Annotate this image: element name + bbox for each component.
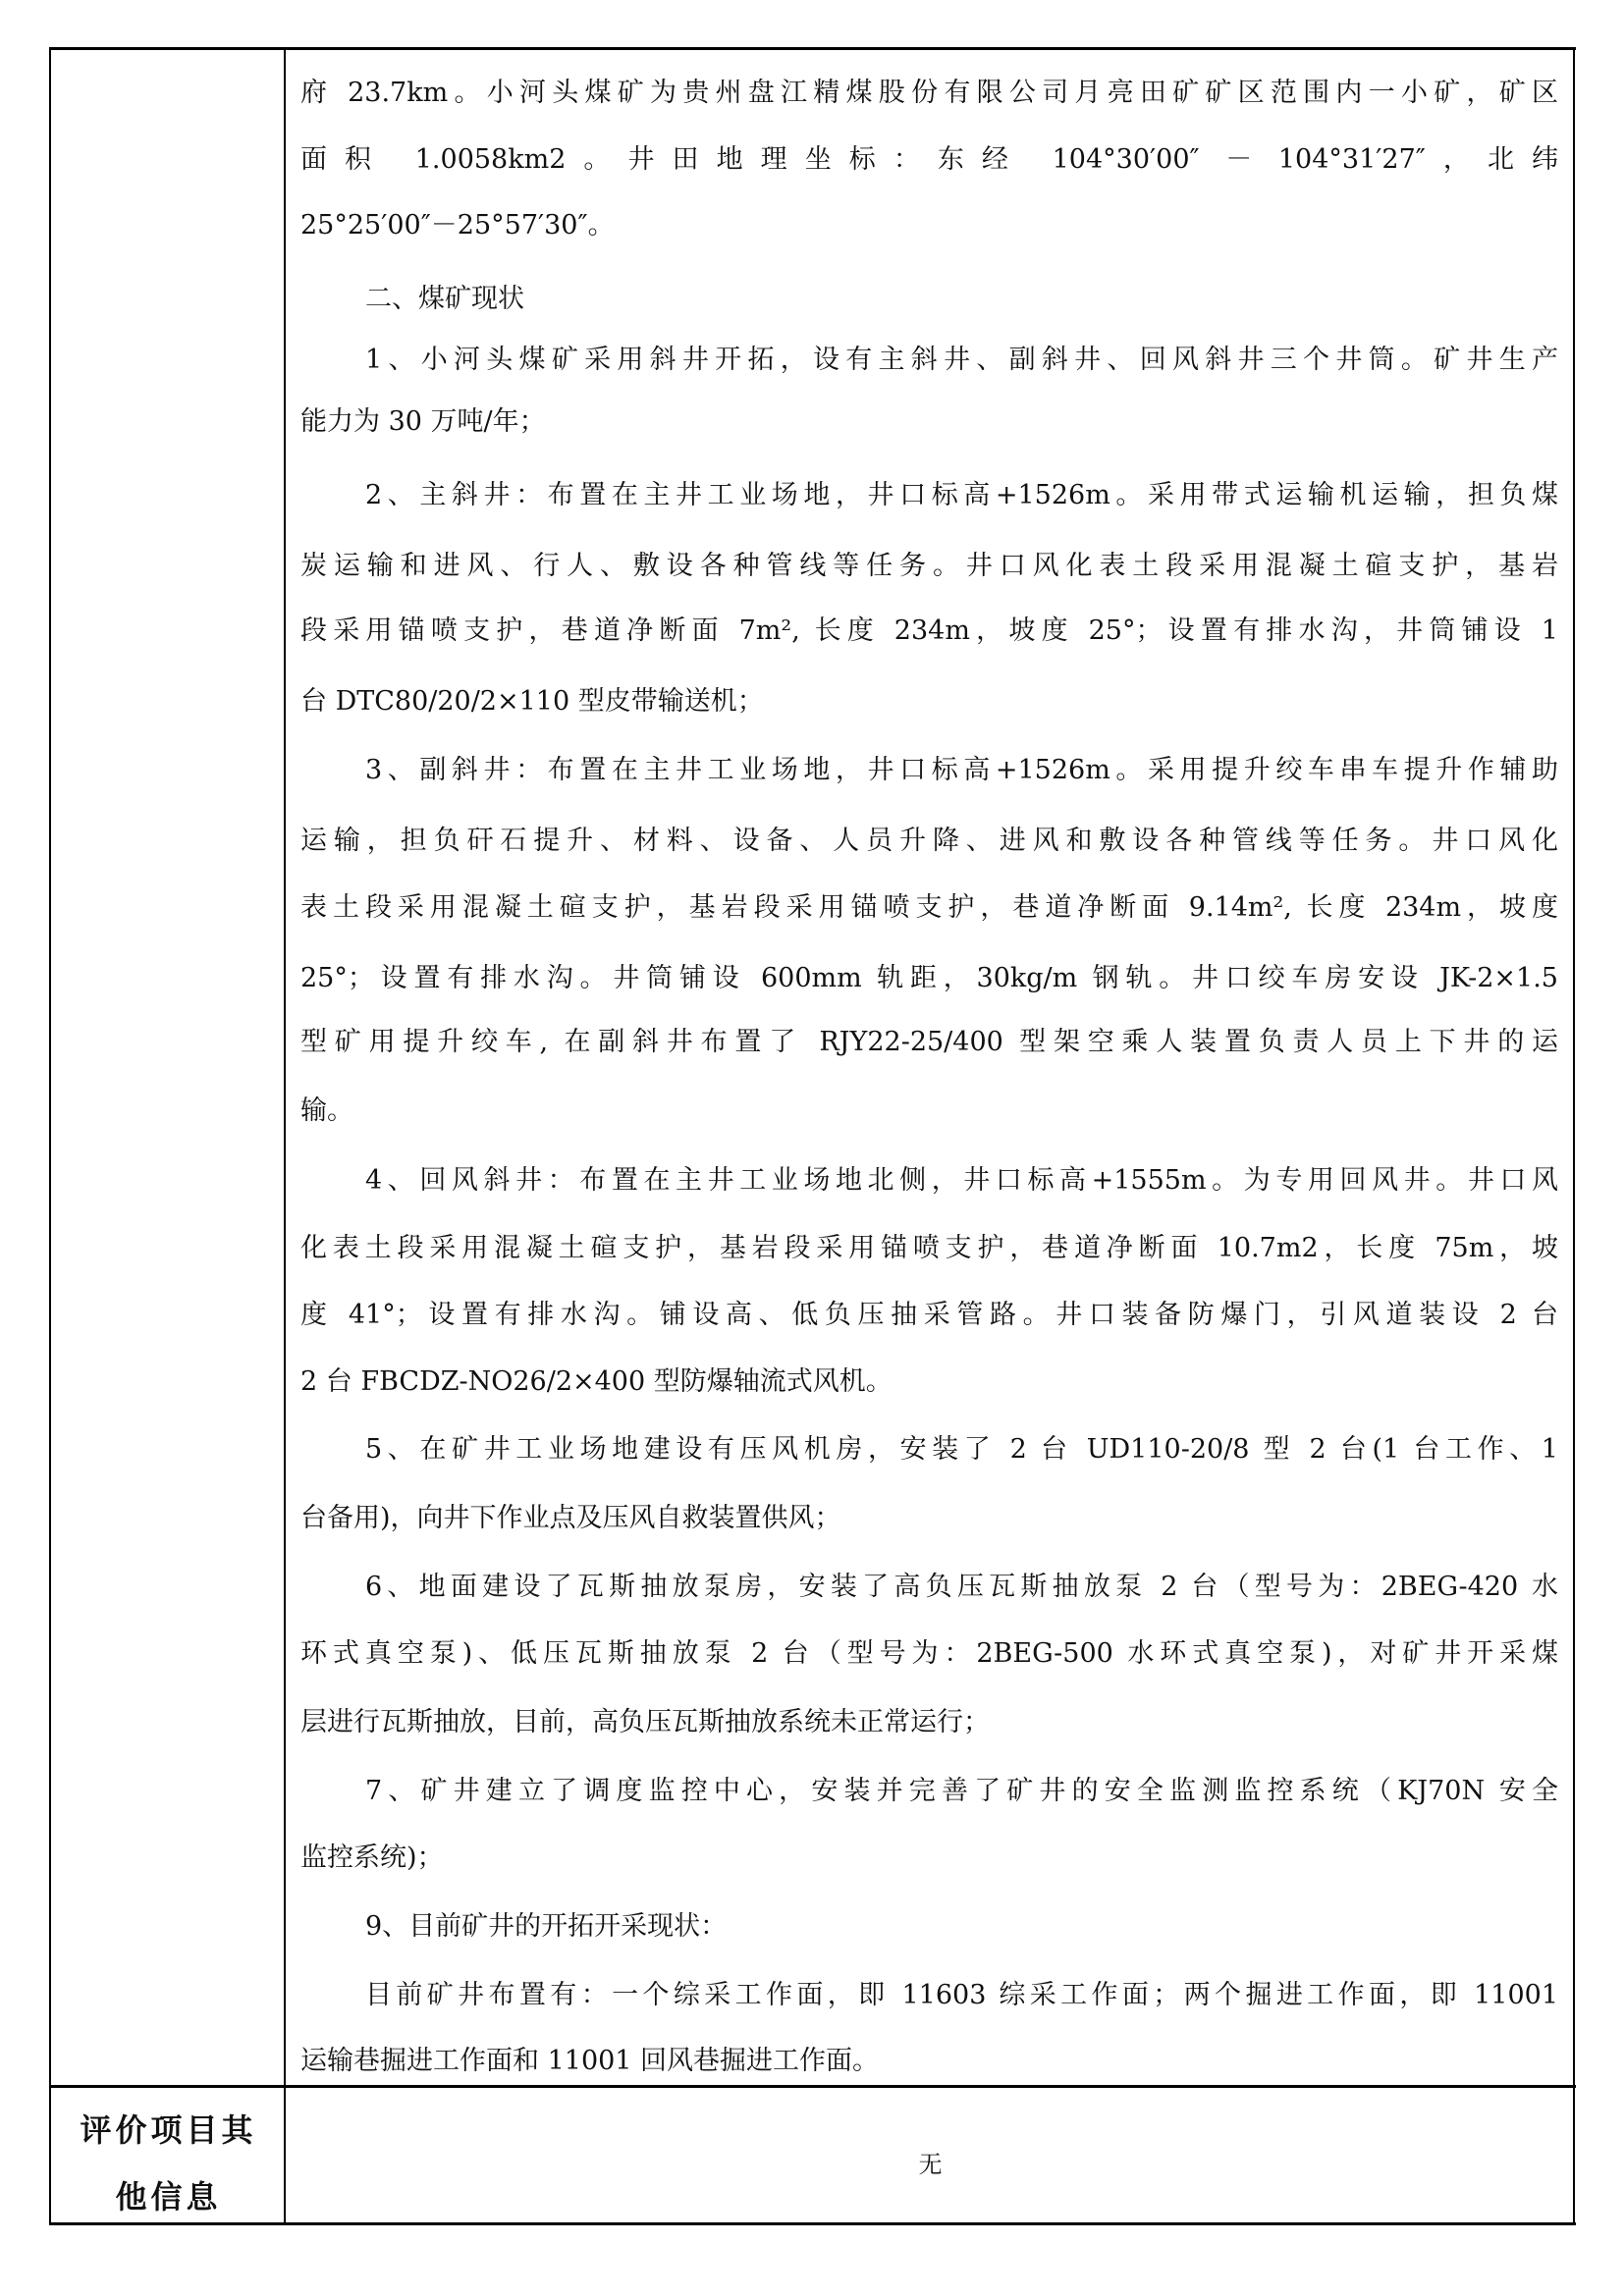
text-line: 6、地面建设了瓦斯抽放泵房，安装了高负压瓦斯抽放泵 2 台（型号为：2BEG-4… [300, 1568, 1558, 1607]
row-label-line1: 评价项目其 [52, 2110, 285, 2150]
text-line: 运输巷掘进工作面和 11001 回风巷掘进工作面。 [300, 2042, 1558, 2081]
row-label-line2: 他信息 [52, 2177, 285, 2216]
text-line: 输。 [300, 1092, 1558, 1131]
text-line: 25°；设置有排水沟。井筒铺设 600mm 轨距，30kg/m 钢轨。井口绞车房… [300, 959, 1558, 998]
text-line: 度 41°；设置有排水沟。铺设高、低负压抽采管路。井口装备防爆门，引风道装设 2… [300, 1296, 1558, 1335]
text-line: 段采用锚喷支护，巷道净断面 7m², 长度 234m，坡度 25°；设置有排水沟… [300, 612, 1558, 651]
table-bottom-border [50, 2222, 1576, 2225]
text-line: 化表土段采用混凝土碹支护，基岩段采用锚喷支护，巷道净断面 10.7m2，长度 7… [300, 1229, 1558, 1268]
text-line: 表土段采用混凝土碹支护，基岩段采用锚喷支护，巷道净断面 9.14m², 长度 2… [300, 888, 1558, 928]
text-line: 运输，担负矸石提升、材料、设备、人员升降、进风和敷设各种管线等任务。井口风化 [300, 822, 1558, 861]
text-line: 目前矿井布置有：一个综采工作面，即 11603 综采工作面；两个掘进工作面，即 … [300, 1976, 1558, 2015]
text-line: 监控系统)； [300, 1839, 1558, 1878]
text-line: 2、主斜井：布置在主井工业场地，井口标高+1526m。采用带式运输机运输，担负煤 [300, 476, 1558, 515]
table-right-border [1573, 47, 1575, 2225]
text-line: 25°25′00″－25°57′30″。 [300, 206, 1558, 245]
table-row-divider [50, 2085, 1576, 2088]
text-line: 台 DTC80/20/2×110 型皮带输送机； [300, 682, 1558, 721]
text-line: 2 台 FBCDZ-NO26/2×400 型防爆轴流式风机。 [300, 1362, 1558, 1402]
text-line: 台备用)，向井下作业点及压风自救装置供风； [300, 1499, 1558, 1538]
text-line: 1、小河头煤矿采用斜井开拓，设有主斜井、副斜井、回风斜井三个井筒。矿井生产 [300, 341, 1558, 380]
table-column-divider [284, 47, 286, 2225]
text-line: 型矿用提升绞车, 在副斜井布置了 RJY22-25/400 型架空乘人装置负责人… [300, 1023, 1558, 1062]
text-line: 3、副斜井：布置在主井工业场地，井口标高+1526m。采用提升绞车串车提升作辅助 [300, 751, 1558, 790]
section-heading: 二、煤矿现状 [300, 280, 1558, 319]
text-line: 能力为 30 万吨/年； [300, 402, 1558, 442]
text-line: 4、回风斜井：布置在主井工业场地北侧，井口标高+1555m。为专用回风井。井口风 [300, 1161, 1558, 1201]
other-info-value: 无 [287, 2150, 1574, 2179]
text-line: 层进行瓦斯抽放，目前，高负压瓦斯抽放系统未正常运行； [300, 1703, 1558, 1742]
text-line: 炭运输和进风、行人、敷设各种管线等任务。井口风化表土段采用混凝土碹支护，基岩 [300, 547, 1558, 586]
text-line: 9、目前矿井的开拓开采现状： [300, 1907, 1558, 1947]
text-line: 7、矿井建立了调度监控中心，安装并完善了矿井的安全监测监控系统（KJ70N 安全 [300, 1772, 1558, 1811]
text-line: 环式真空泵)、低压瓦斯抽放泵 2 台（型号为：2BEG-500 水环式真空泵)，… [300, 1634, 1558, 1674]
table-top-border [50, 47, 1576, 50]
text-line: 府 23.7km。小河头煤矿为贵州盘江精煤股份有限公司月亮田矿矿区范围内一小矿，… [300, 74, 1558, 113]
text-line: 面积 1.0058km2。井田地理坐标：东经 104°30′00″ － 104°… [300, 140, 1558, 180]
document-page: 府 23.7km。小河头煤矿为贵州盘江精煤股份有限公司月亮田矿矿区范围内一小矿，… [0, 0, 1624, 2296]
text-line: 5、在矿井工业场地建设有压风机房，安装了 2 台 UD110-20/8 型 2 … [300, 1430, 1558, 1469]
table-left-border [49, 47, 51, 2225]
